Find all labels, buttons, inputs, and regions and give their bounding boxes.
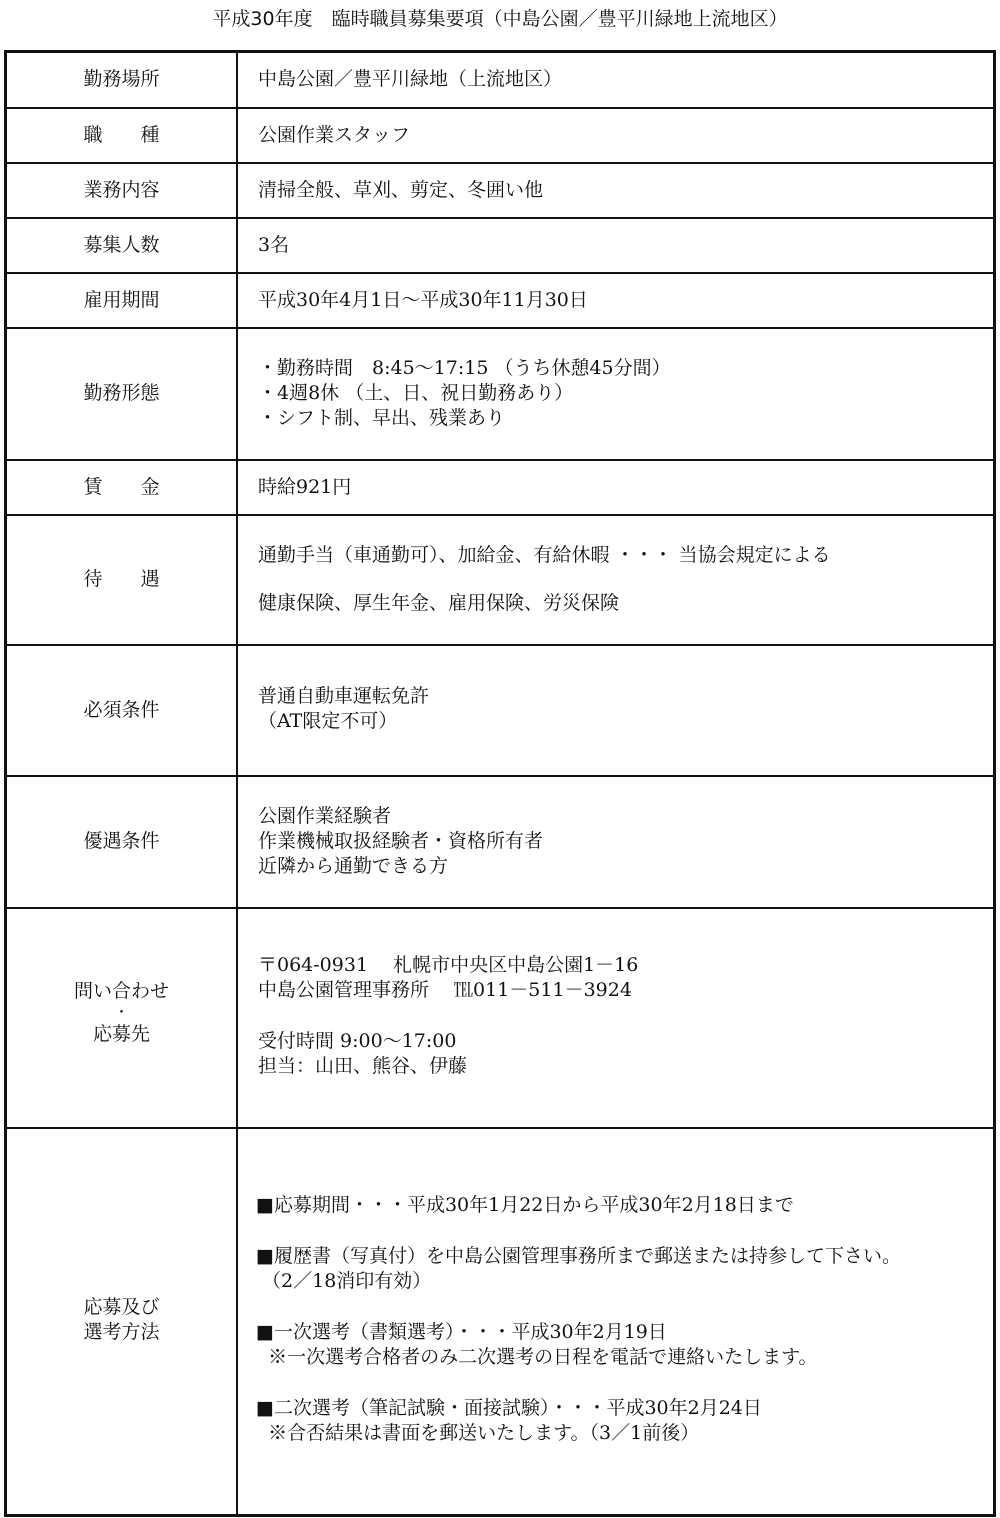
spacer: [258, 568, 987, 591]
row-value: 中島公園／豊平川緑地（上流地区）: [237, 52, 995, 108]
contact-label-top: 問い合わせ: [7, 979, 236, 1004]
table-row-wage: 賃 金 時給921円: [6, 460, 995, 515]
row-value: ・勤務時間 8:45～17:15 （うち休憩45分間） ・4週8休 （土、日、祝…: [237, 328, 995, 460]
table-row-preferred: 優遇条件 公園作業経験者 作業機械取扱経験者・資格所有者 近隣から通勤できる方: [6, 776, 995, 908]
contact-address: 〒064-0931 札幌市中央区中島公園1－16: [258, 953, 987, 978]
row-value: 公園作業経験者 作業機械取扱経験者・資格所有者 近隣から通勤できる方: [237, 776, 995, 908]
contact-hours: 受付時間 9:00～17:00: [258, 1029, 987, 1054]
table-row-work-style: 勤務形態 ・勤務時間 8:45～17:15 （うち休憩45分間） ・4週8休 （…: [6, 328, 995, 460]
row-label: 賃 金: [6, 460, 238, 515]
row-label: 業務内容: [6, 163, 238, 218]
contact-label-bottom: 応募先: [7, 1022, 236, 1047]
row-label: 募集人数: [6, 218, 238, 273]
application-label-line: 選考方法: [7, 1320, 236, 1345]
table-row-openings: 募集人数 3名: [6, 218, 995, 273]
row-label: 優遇条件: [6, 776, 238, 908]
application-first-screening: ■一次選考（書類選考）・・・平成30年2月19日: [256, 1320, 987, 1345]
application-period: ■応募期間・・・平成30年1月22日から平成30年2月18日まで: [256, 1193, 987, 1218]
row-value: 普通自動車運転免許 （AT限定不可）: [237, 645, 995, 776]
application-first-note: ※一次選考合格者のみ二次選考の日程を電話で連絡いたします。: [256, 1345, 987, 1370]
row-value: 〒064-0931 札幌市中央区中島公園1－16 中島公園管理事務所 ℡011－…: [237, 908, 995, 1128]
preferred-line: 公園作業経験者: [258, 804, 987, 829]
spacer: [258, 1003, 987, 1029]
preferred-line: 近隣から通勤できる方: [258, 854, 987, 879]
table-row-job-type: 職 種 公園作業スタッフ: [6, 108, 995, 163]
spacer: [256, 1370, 987, 1396]
application-postmark: （2／18消印有効）: [256, 1269, 987, 1294]
row-label: 職 種: [6, 108, 238, 163]
table-row-period: 雇用期間 平成30年4月1日～平成30年11月30日: [6, 273, 995, 328]
row-value: 公園作業スタッフ: [237, 108, 995, 163]
table-row-contact: 問い合わせ ・ 応募先 〒064-0931 札幌市中央区中島公園1－16 中島公…: [6, 908, 995, 1128]
row-value: 平成30年4月1日～平成30年11月30日: [237, 273, 995, 328]
spacer: [256, 1294, 987, 1320]
work-style-line: ・勤務時間 8:45～17:15 （うち休憩45分間）: [258, 356, 987, 381]
application-label-line: 応募及び: [7, 1295, 236, 1320]
spacer: [256, 1218, 987, 1244]
row-label: 必須条件: [6, 645, 238, 776]
document-title: 平成30年度 臨時職員募集要項（中島公園／豊平川緑地上流地区）: [0, 4, 1000, 34]
row-value: 時給921円: [237, 460, 995, 515]
row-value: ■応募期間・・・平成30年1月22日から平成30年2月18日まで ■履歴書（写真…: [237, 1128, 995, 1516]
required-line: 普通自動車運転免許: [258, 684, 987, 709]
row-value: 3名: [237, 218, 995, 273]
contact-label-dot: ・: [7, 1004, 236, 1022]
table-row-benefits: 待 遇 通勤手当（車通勤可）、加給金、有給休暇 ・・・ 当協会規定による 健康保…: [6, 515, 995, 645]
required-line: （AT限定不可）: [258, 709, 987, 734]
application-second-note: ※合否結果は書面を郵送いたします。（3／1前後）: [256, 1421, 987, 1446]
benefits-line: 健康保険、厚生年金、雇用保険、労災保険: [258, 591, 987, 616]
application-second-screening: ■二次選考（筆記試験・面接試験）・・・平成30年2月24日: [256, 1396, 987, 1421]
row-value: 清掃全般、草刈、剪定、冬囲い他: [237, 163, 995, 218]
row-label: 問い合わせ ・ 応募先: [6, 908, 238, 1128]
application-resume: ■履歴書（写真付）を中島公園管理事務所まで郵送または持参して下さい。: [256, 1244, 987, 1269]
row-label: 勤務形態: [6, 328, 238, 460]
row-label: 応募及び 選考方法: [6, 1128, 238, 1516]
table-row-required: 必須条件 普通自動車運転免許 （AT限定不可）: [6, 645, 995, 776]
work-style-line: ・4週8休 （土、日、祝日勤務あり）: [258, 381, 987, 406]
preferred-line: 作業機械取扱経験者・資格所有者: [258, 829, 987, 854]
row-label: 待 遇: [6, 515, 238, 645]
row-value: 通勤手当（車通勤可）、加給金、有給休暇 ・・・ 当協会規定による 健康保険、厚生…: [237, 515, 995, 645]
benefits-line: 通勤手当（車通勤可）、加給金、有給休暇 ・・・ 当協会規定による: [258, 543, 987, 568]
table-row-application: 応募及び 選考方法 ■応募期間・・・平成30年1月22日から平成30年2月18日…: [6, 1128, 995, 1516]
row-label: 雇用期間: [6, 273, 238, 328]
contact-office-phone: 中島公園管理事務所 ℡011－511－3924: [258, 978, 987, 1003]
row-label: 勤務場所: [6, 52, 238, 108]
table-row-location: 勤務場所 中島公園／豊平川緑地（上流地区）: [6, 52, 995, 108]
contact-staff: 担当：山田、熊谷、伊藤: [258, 1054, 987, 1079]
table-row-duties: 業務内容 清掃全般、草刈、剪定、冬囲い他: [6, 163, 995, 218]
work-style-line: ・シフト制、早出、残業あり: [258, 406, 987, 431]
recruitment-table: 勤務場所 中島公園／豊平川緑地（上流地区） 職 種 公園作業スタッフ 業務内容 …: [4, 50, 996, 1517]
